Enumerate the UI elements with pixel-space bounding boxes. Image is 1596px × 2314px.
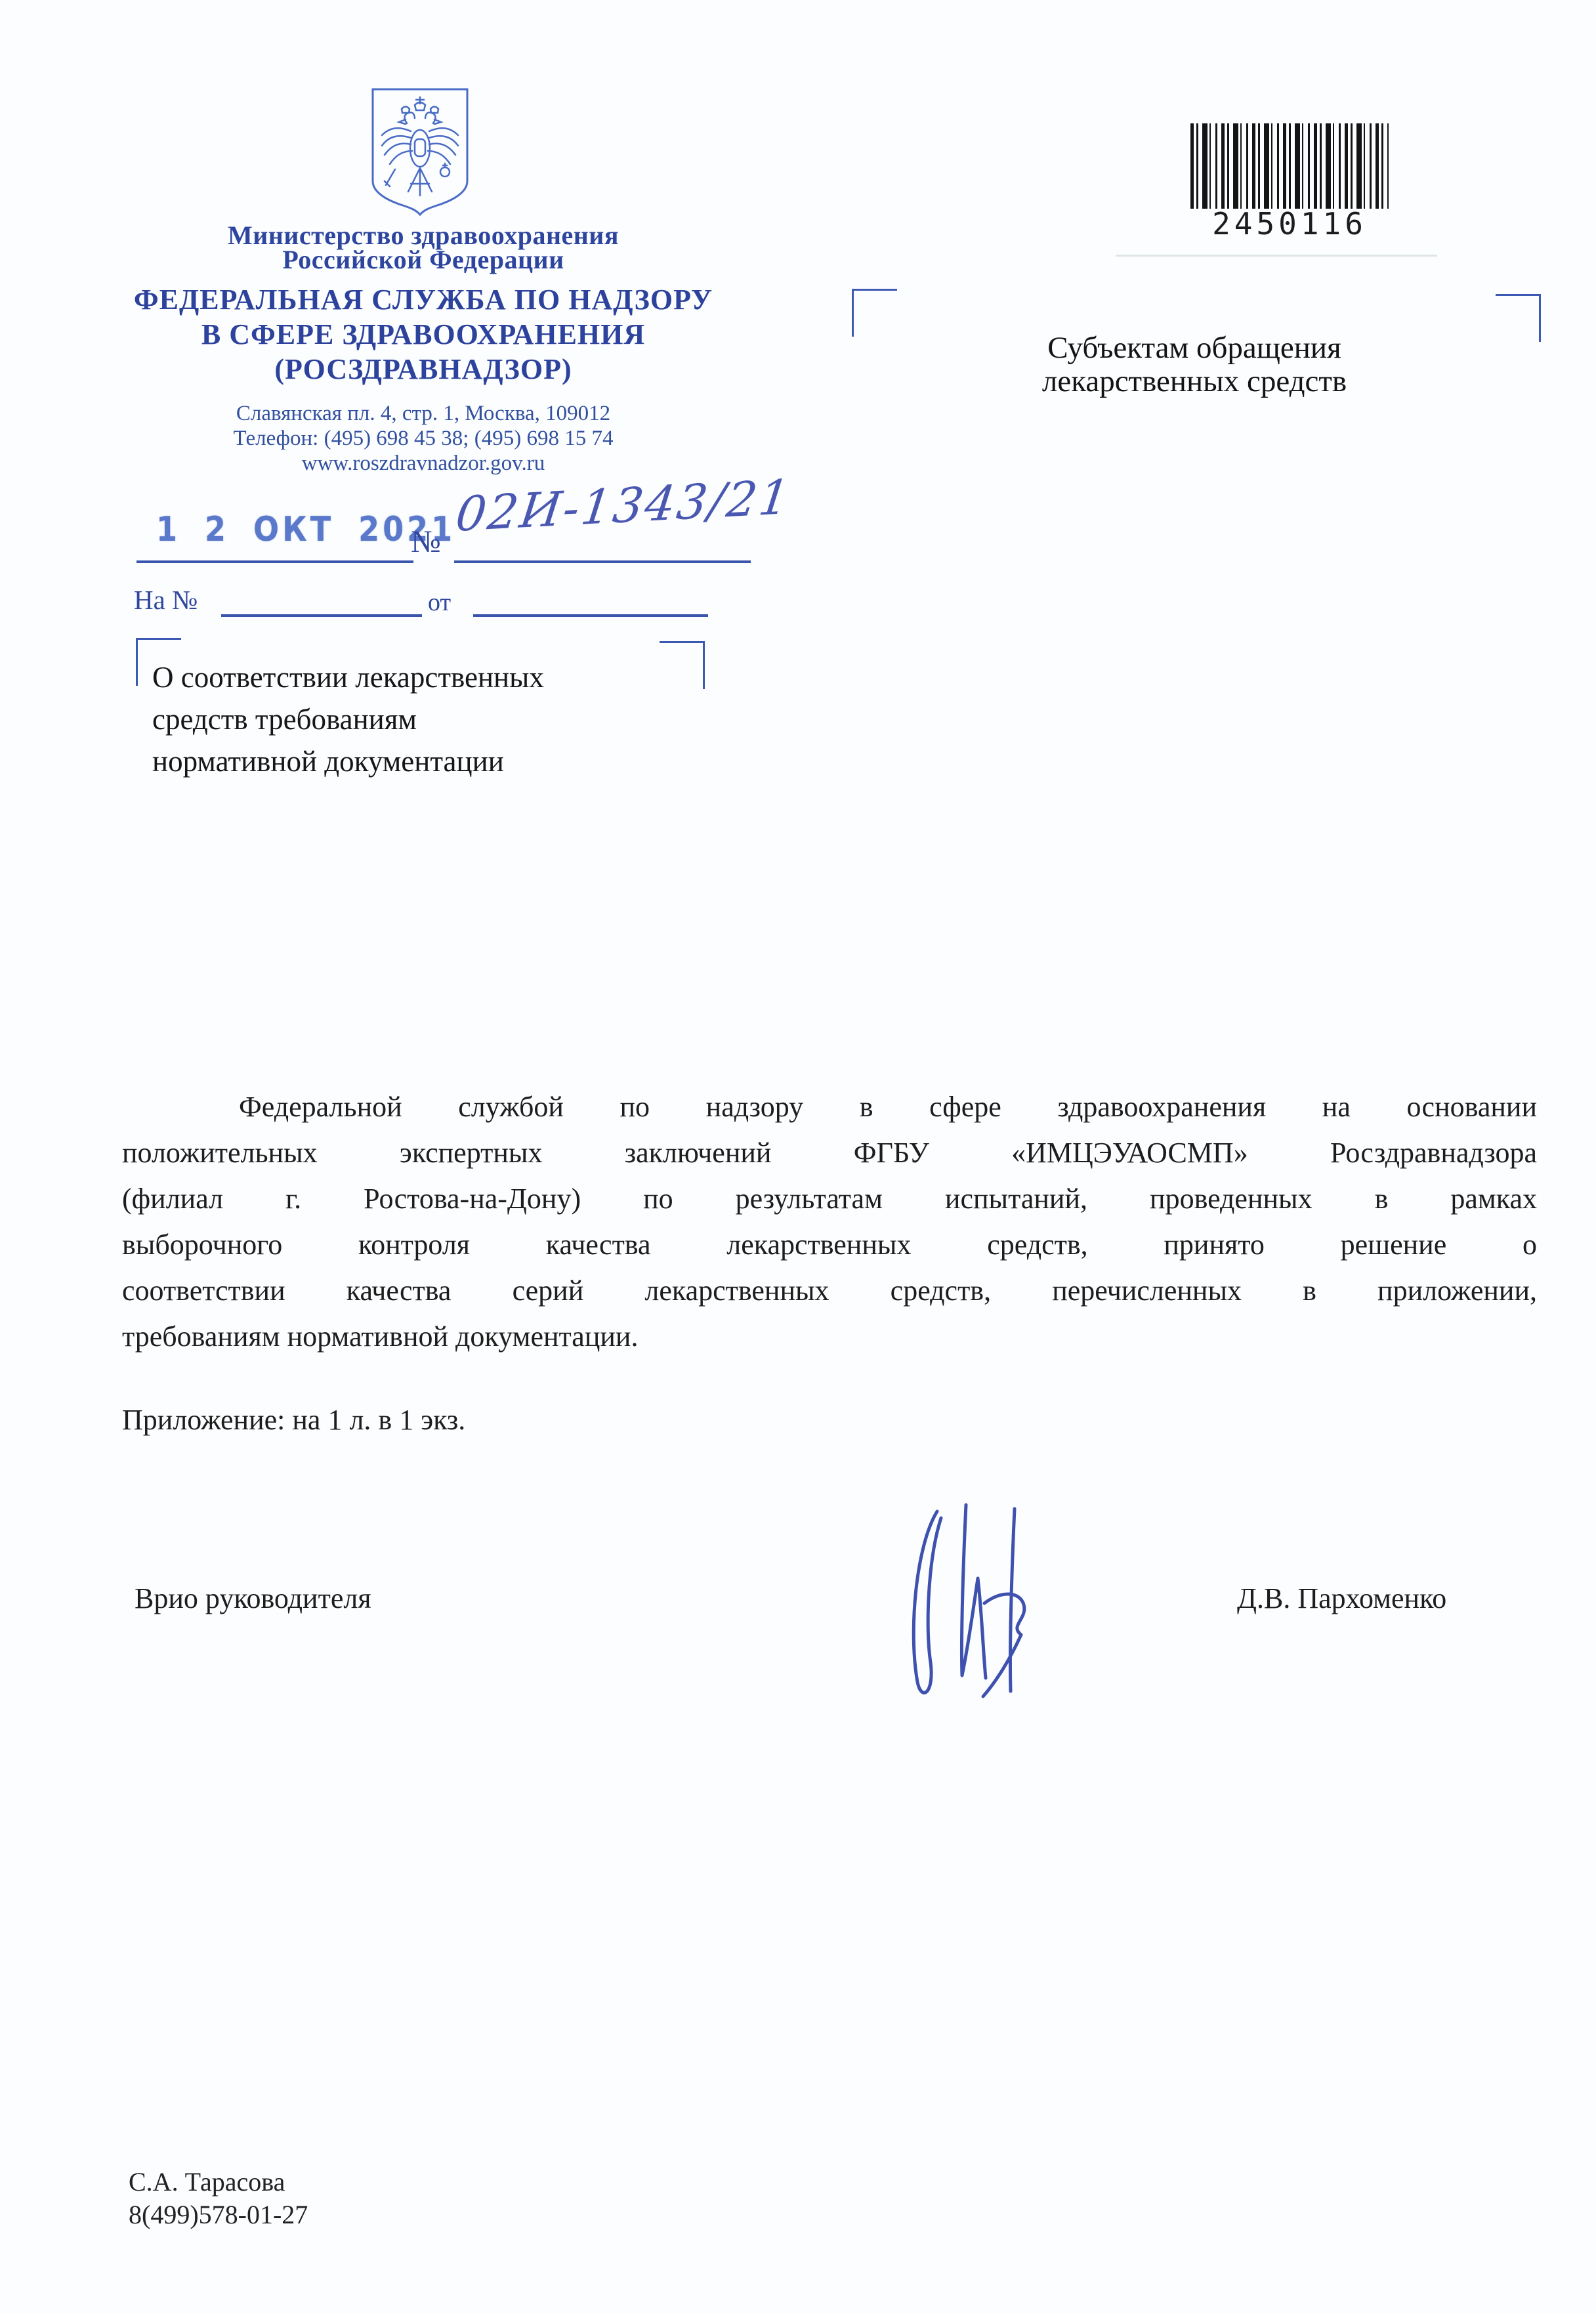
number-sign: № — [411, 524, 441, 560]
handwritten-outgoing-number: 02И-1343/21 — [453, 469, 795, 542]
recipient-block: Субъектам обращения лекарственных средст… — [932, 331, 1457, 398]
letterhead-website: www.roszdravnadzor.gov.ru — [128, 451, 719, 476]
executor-contact: С.А. Тарасова 8(499)578-01-27 — [129, 2166, 308, 2231]
attachment-note: Приложение: на 1 л. в 1 экз. — [122, 1403, 465, 1437]
body-line: положительных экспертных заключений ФГБУ… — [122, 1130, 1537, 1176]
number-underline — [454, 560, 751, 563]
body-paragraph: Федеральной службой по надзору в сфере з… — [122, 1084, 1537, 1360]
scanned-letter-page: Министерство здравоохранения Российской … — [0, 0, 1596, 2314]
recipient-corner-right — [1496, 294, 1541, 342]
signer-name: Д.В. Пархоменко — [1237, 1582, 1446, 1615]
recipient-line1: Субъектам обращения — [932, 331, 1457, 365]
reference-number-underline — [221, 614, 422, 617]
service-line1: ФЕДЕРАЛЬНАЯ СЛУЖБА ПО НАДЗОРУ — [128, 282, 719, 317]
subject-line: нормативной документации — [152, 740, 743, 782]
service-line2: В СФЕРЕ ЗДРАВООХРАНЕНИЯ — [128, 317, 719, 352]
executor-phone: 8(499)578-01-27 — [129, 2198, 308, 2231]
letterhead: Министерство здравоохранения Российской … — [128, 223, 719, 476]
recipient-line2: лекарственных средств — [932, 365, 1457, 398]
executor-name: С.А. Тарасова — [129, 2166, 308, 2198]
subject-line: средств требованиям — [152, 698, 743, 740]
body-line: выборочного контроля качества лекарствен… — [122, 1222, 1537, 1268]
ministry-line1: Министерство здравоохранения — [128, 223, 719, 247]
service-line3: (РОСЗДРАВНАДЗОР) — [128, 352, 719, 387]
reference-date-underline — [473, 614, 708, 617]
body-line: требованиям нормативной документации. — [122, 1314, 1537, 1360]
body-line: соответствии качества серий лекарственны… — [122, 1268, 1537, 1314]
subject-block: О соответствии лекарственных средств тре… — [152, 656, 743, 782]
letterhead-phone: Телефон: (495) 698 45 38; (495) 698 15 7… — [128, 426, 719, 451]
body-line: Федеральной службой по надзору в сфере з… — [122, 1084, 1537, 1130]
recipient-corner-left — [852, 289, 897, 337]
ministry-line2: Российской Федерации — [128, 247, 719, 272]
body-line: (филиал г. Ростова-на-Дону) по результат… — [122, 1176, 1537, 1222]
reference-label: На № — [134, 584, 198, 616]
subject-line: О соответствии лекарственных — [152, 656, 743, 698]
barcode-number: 2450116 — [1190, 206, 1389, 242]
date-underline — [136, 560, 413, 563]
letterhead-address: Славянская пл. 4, стр. 1, Москва, 109012 — [128, 401, 719, 426]
barcode — [1190, 123, 1389, 209]
reference-from-label: от — [428, 588, 451, 617]
russia-coat-of-arms-icon — [367, 85, 472, 217]
signature-ink — [886, 1500, 1096, 1716]
scan-artifact-line — [1116, 255, 1437, 257]
signer-title: Врио руководителя — [135, 1582, 371, 1615]
